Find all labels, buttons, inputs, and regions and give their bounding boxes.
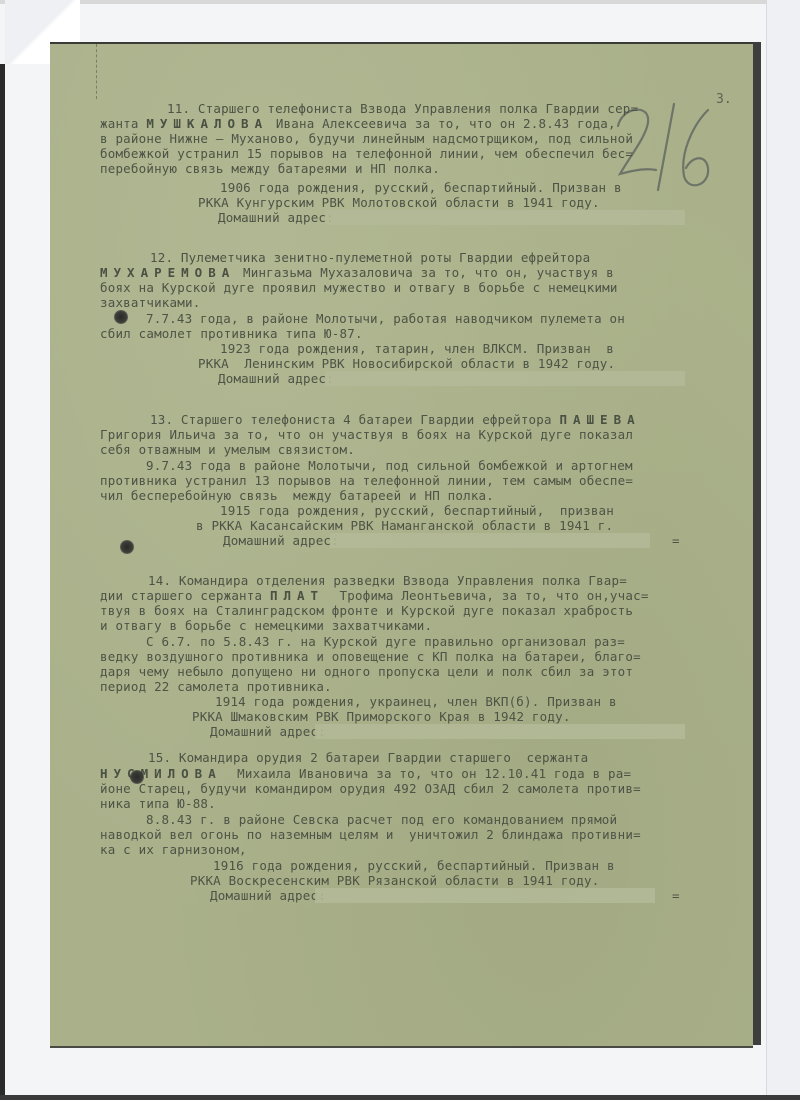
punch-hole xyxy=(114,310,128,324)
entry-line: 13. Старшего телефониста 4 батареи Гвард… xyxy=(150,412,641,427)
scan-frame-left-edge xyxy=(0,64,5,1100)
bio-line: в РККА Касансайским РВК Наманганской обл… xyxy=(196,518,613,533)
entry-line: 7.7.43 года, в районе Молотычи, работая … xyxy=(146,311,625,326)
bio-line: 1906 года рождения, русский, беспартийны… xyxy=(220,180,622,195)
surname: НУСМИЛОВА xyxy=(100,766,222,781)
bio-line: 1916 года рождения, русский, беспартийны… xyxy=(213,858,615,873)
entry-line: и отвагу в борьбе с немецкими захватчика… xyxy=(100,618,432,633)
redacted-address xyxy=(315,724,685,739)
redacted-address xyxy=(325,371,685,386)
address-label: Домашний адрес: xyxy=(218,210,334,225)
surname: ПЛАТ xyxy=(270,588,324,603)
address-end-mark: = xyxy=(672,533,680,548)
address-label: Домашний адрес: xyxy=(210,724,326,739)
bio-line: РККА Кунгурским РВК Молотовской области … xyxy=(198,195,600,210)
entry-line: дии старшего сержанта ПЛАТ Трофима Леонт… xyxy=(100,588,649,603)
bio-line: 1923 года рождения, татарин, член ВЛКСМ.… xyxy=(220,341,614,356)
entry-line: боях на Курской дуге проявил мужество и … xyxy=(100,280,618,295)
entry-line: наводкой вел огонь по наземным целям и у… xyxy=(100,827,641,842)
entry-line: сбил самолет противника типа Ю-87. xyxy=(100,326,363,341)
entry-line: 15. Командира орудия 2 батареи Гвардии с… xyxy=(148,750,588,765)
entry-line: бомбежкой устранил 15 порывов на телефон… xyxy=(100,146,633,161)
bio-line: 1915 года рождения, русский, беспартийны… xyxy=(220,503,614,518)
bio-line: РККА Ленинским РВК Новосибирской области… xyxy=(198,356,615,371)
entry-line: даря чему небыло допущено ни одного проп… xyxy=(100,664,633,679)
entry-line: в районе Нижне – Муханово, будучи линейн… xyxy=(100,131,633,146)
sheet-shadow xyxy=(752,42,761,1045)
scan-frame-bottom-edge xyxy=(0,1095,800,1100)
redacted-address xyxy=(325,210,685,225)
punch-hole xyxy=(130,770,144,784)
entry-line: период 22 самолета противника. xyxy=(100,679,332,694)
punch-hole xyxy=(120,540,134,554)
entry-line: йоне Старец, будучи командиром орудия 49… xyxy=(100,781,641,796)
entry-line: ка с их гарнизоном, xyxy=(100,842,247,857)
surname: ПАШЕВА xyxy=(559,412,640,427)
entry-line: ведку воздушного противника и оповещение… xyxy=(100,649,641,664)
entry-line: 9.7.43 года в районе Молотычи, под сильн… xyxy=(146,458,633,473)
entry-line: 8.8.43 г. в районе Севска расчет под его… xyxy=(146,812,617,827)
entry-line: 11. Старшего телефониста Взвода Управлен… xyxy=(167,101,638,116)
entry-line: жанта МУШКАЛОВА Ивана Алексеевича за то,… xyxy=(100,116,616,131)
entry-line: перебойную связь между батареями и НП по… xyxy=(100,161,440,176)
scan-frame-top xyxy=(0,0,800,4)
surname: МУХАРЕМОВА xyxy=(100,265,235,280)
surname: МУШКАЛОВА xyxy=(146,116,268,131)
entry-line: ника типа Ю-88. xyxy=(100,796,216,811)
address-label: Домашний адрес: xyxy=(218,371,334,386)
redacted-address xyxy=(330,533,650,548)
address-end-mark: = xyxy=(672,888,680,903)
entry-line: захватчиками. xyxy=(100,295,200,310)
address-label: Домашний адрес: xyxy=(223,533,339,548)
scan-right-strip xyxy=(766,0,800,1100)
bio-line: РККА Шмаковским РВК Приморского Края в 1… xyxy=(192,709,571,724)
paper-tear xyxy=(96,44,103,99)
entry-line: Григория Ильича за то, что он участвуя в… xyxy=(100,427,633,442)
entry-line: НУСМИЛОВА Михаила Ивановича за то, что о… xyxy=(100,766,631,781)
entry-line: С 6.7. по 5.8.43 г. на Курской дуге прав… xyxy=(146,634,625,649)
entry-line: чил бесперебойную связь между батареей и… xyxy=(100,488,494,503)
entry-line: 14. Командира отделения разведки Взвода … xyxy=(148,573,627,588)
entry-line: противника устранил 13 порывов на телефо… xyxy=(100,473,633,488)
entry-line: МУХАРЕМОВА Мингазьма Мухазаловича за то,… xyxy=(100,265,614,280)
entry-line: 12. Пулеметчика зенитно-пулеметной роты … xyxy=(150,250,590,265)
entry-line: себя отважным и умелым связистом. xyxy=(100,442,355,457)
entry-line: твуя в боях на Сталинградском фронте и К… xyxy=(100,603,633,618)
redacted-address xyxy=(315,888,655,903)
address-label: Домашний адрес: xyxy=(210,888,326,903)
bio-line: 1914 года рождения, украинец, член ВКП(б… xyxy=(215,694,617,709)
bio-line: РККА Воскресенским РВК Рязанской области… xyxy=(190,873,599,888)
